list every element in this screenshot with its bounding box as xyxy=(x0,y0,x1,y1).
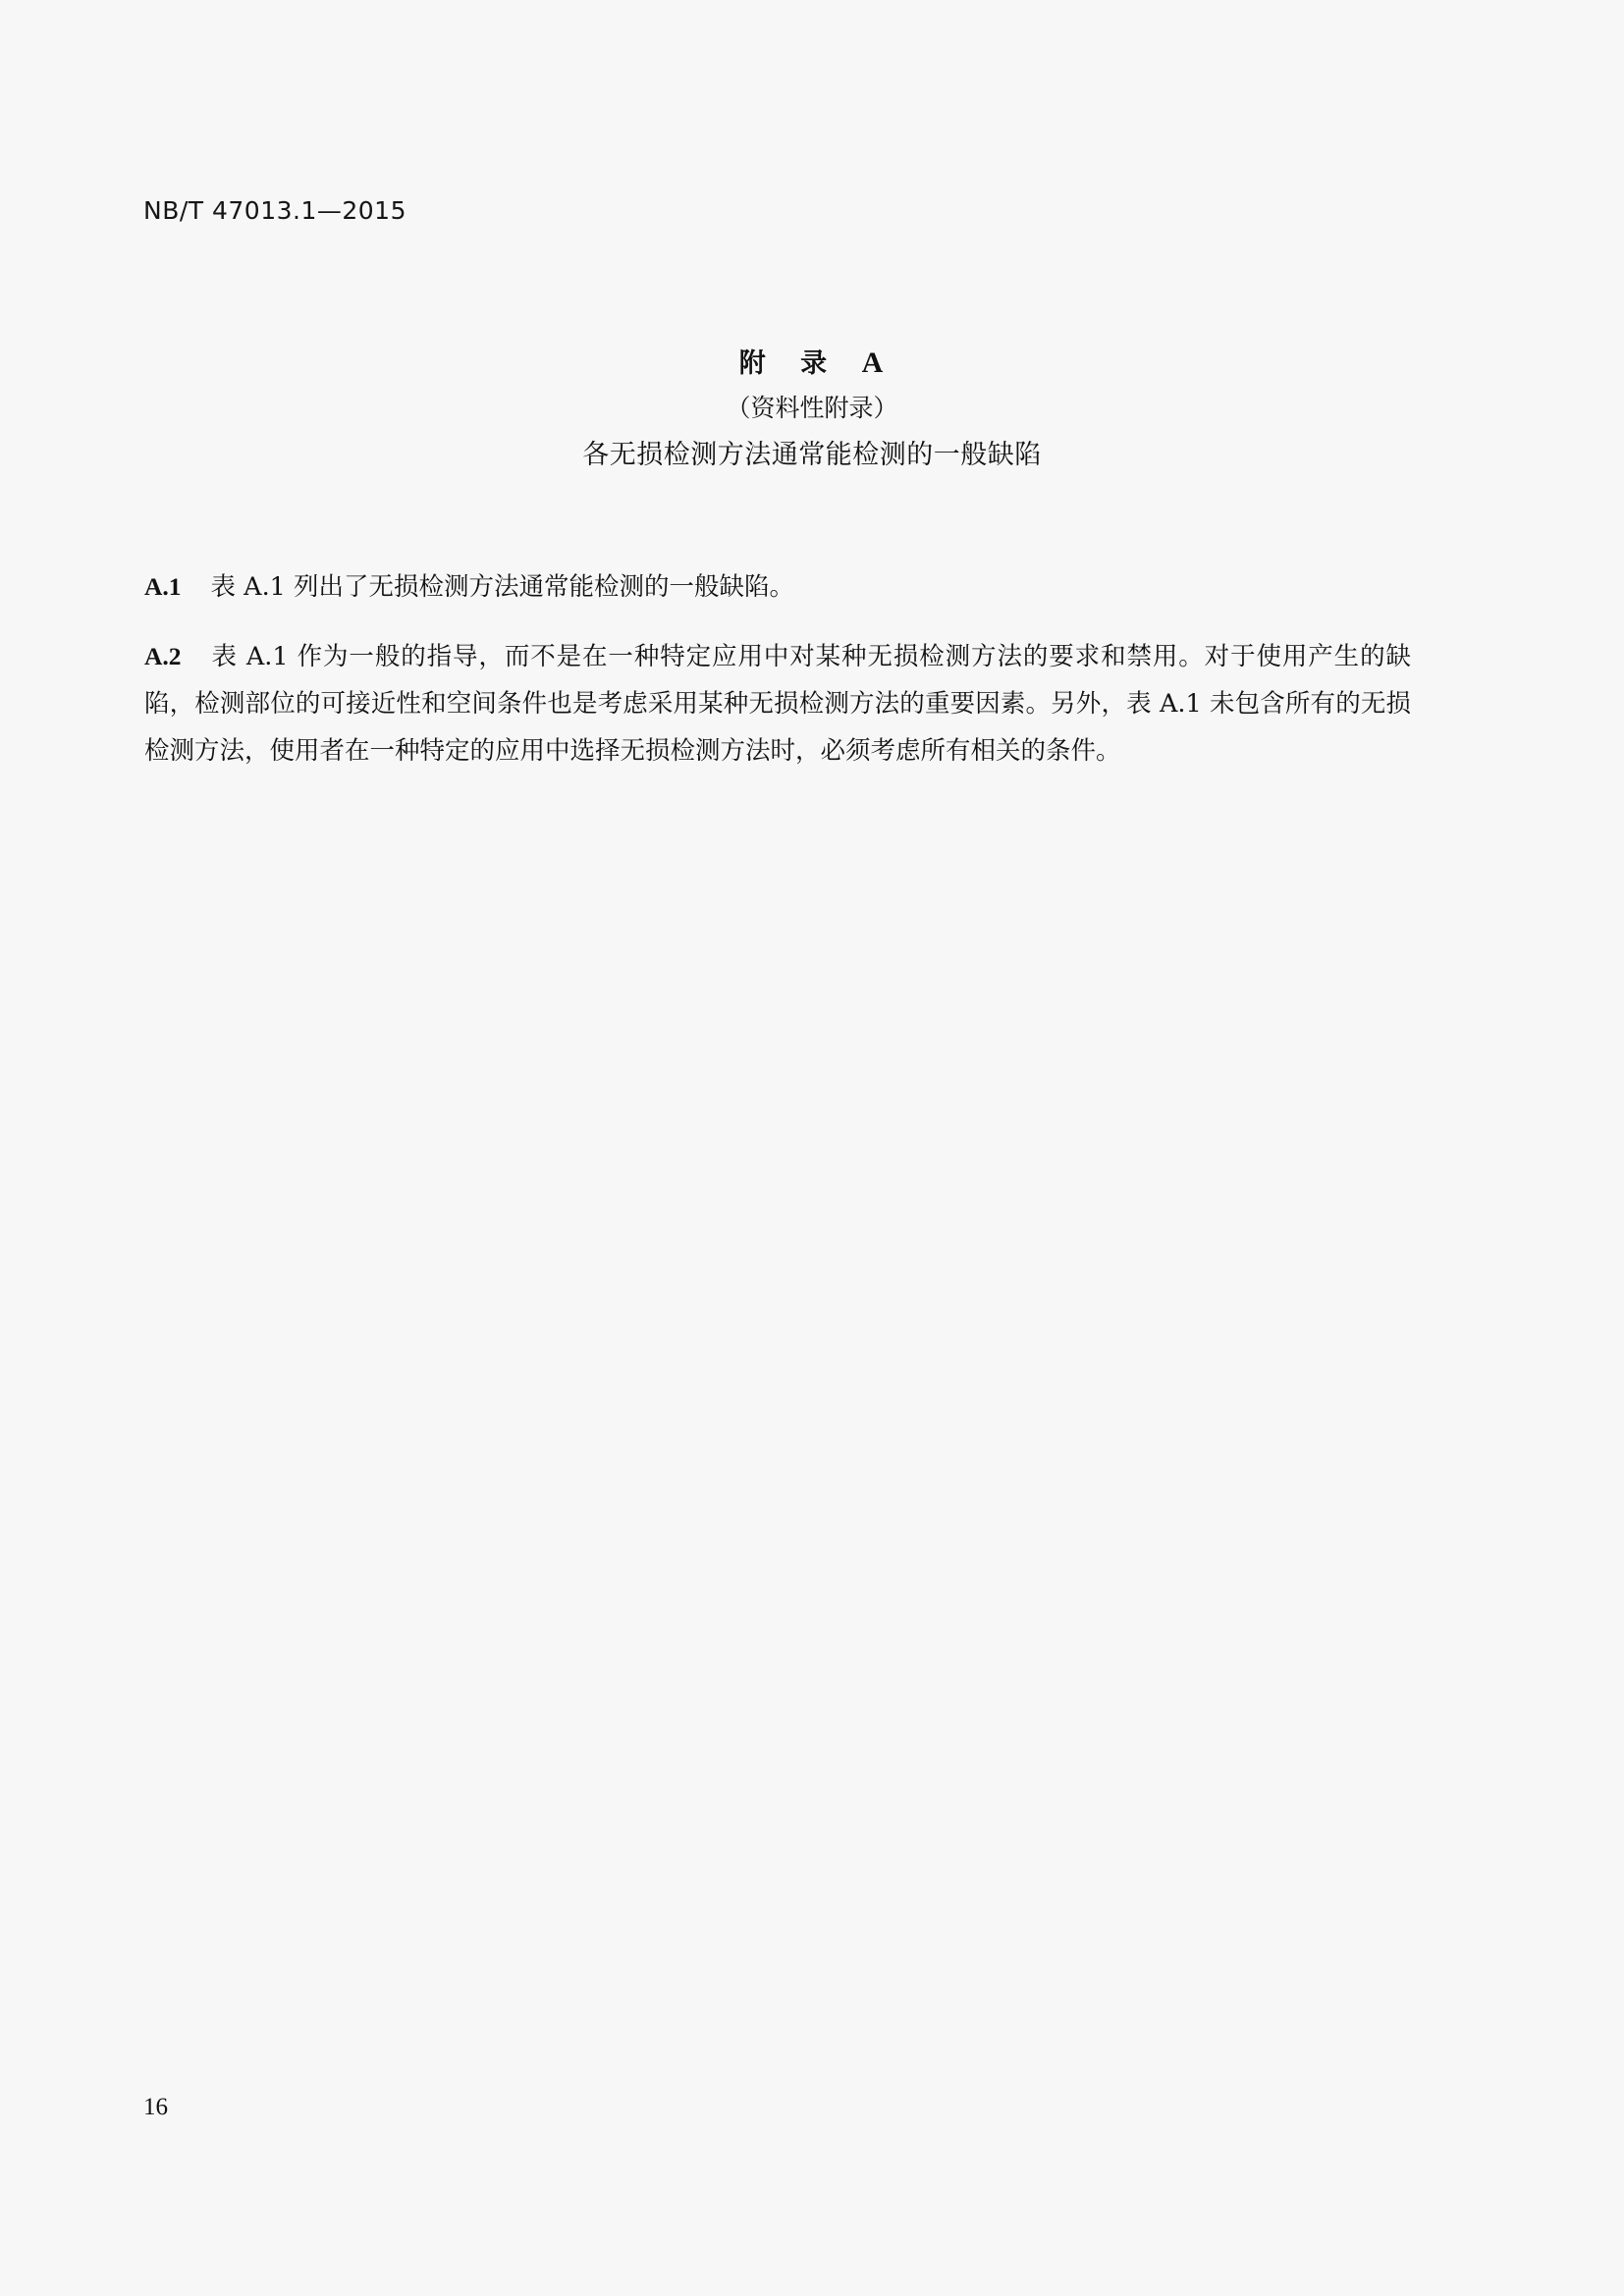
clause-a1: A.1表 A.1 列出了无损检测方法通常能检测的一般缺陷。 xyxy=(144,563,1411,611)
appendix-letter: A xyxy=(862,347,886,379)
appendix-type: （资料性附录） xyxy=(0,385,1624,432)
clause-number: A.2 xyxy=(144,642,182,670)
appendix-title: 各无损检测方法通常能检测的一般缺陷 xyxy=(0,432,1624,479)
appendix-heading: 附 录 A （资料性附录） 各无损检测方法通常能检测的一般缺陷 xyxy=(0,342,1624,479)
clause-text: 表 A.1 列出了无损检测方法通常能检测的一般缺陷。 xyxy=(211,572,794,602)
appendix-label-char-1: 附 xyxy=(739,348,768,379)
clause-text: 表 A.1 作为一般的指导，而不是在一种特定应用中对某种无损检测方法的要求和禁用… xyxy=(144,642,1411,766)
appendix-label-char-2: 录 xyxy=(800,348,829,379)
appendix-label: 附 录 A xyxy=(0,342,1624,385)
page-number: 16 xyxy=(143,2094,168,2121)
clause-list: A.1表 A.1 列出了无损检测方法通常能检测的一般缺陷。 A.2表 A.1 作… xyxy=(144,563,1411,774)
clause-a2: A.2表 A.1 作为一般的指导，而不是在一种特定应用中对某种无损检测方法的要求… xyxy=(144,633,1411,774)
clause-number: A.1 xyxy=(144,572,182,601)
standard-code-header: NB/T 47013.1—2015 xyxy=(143,196,406,225)
